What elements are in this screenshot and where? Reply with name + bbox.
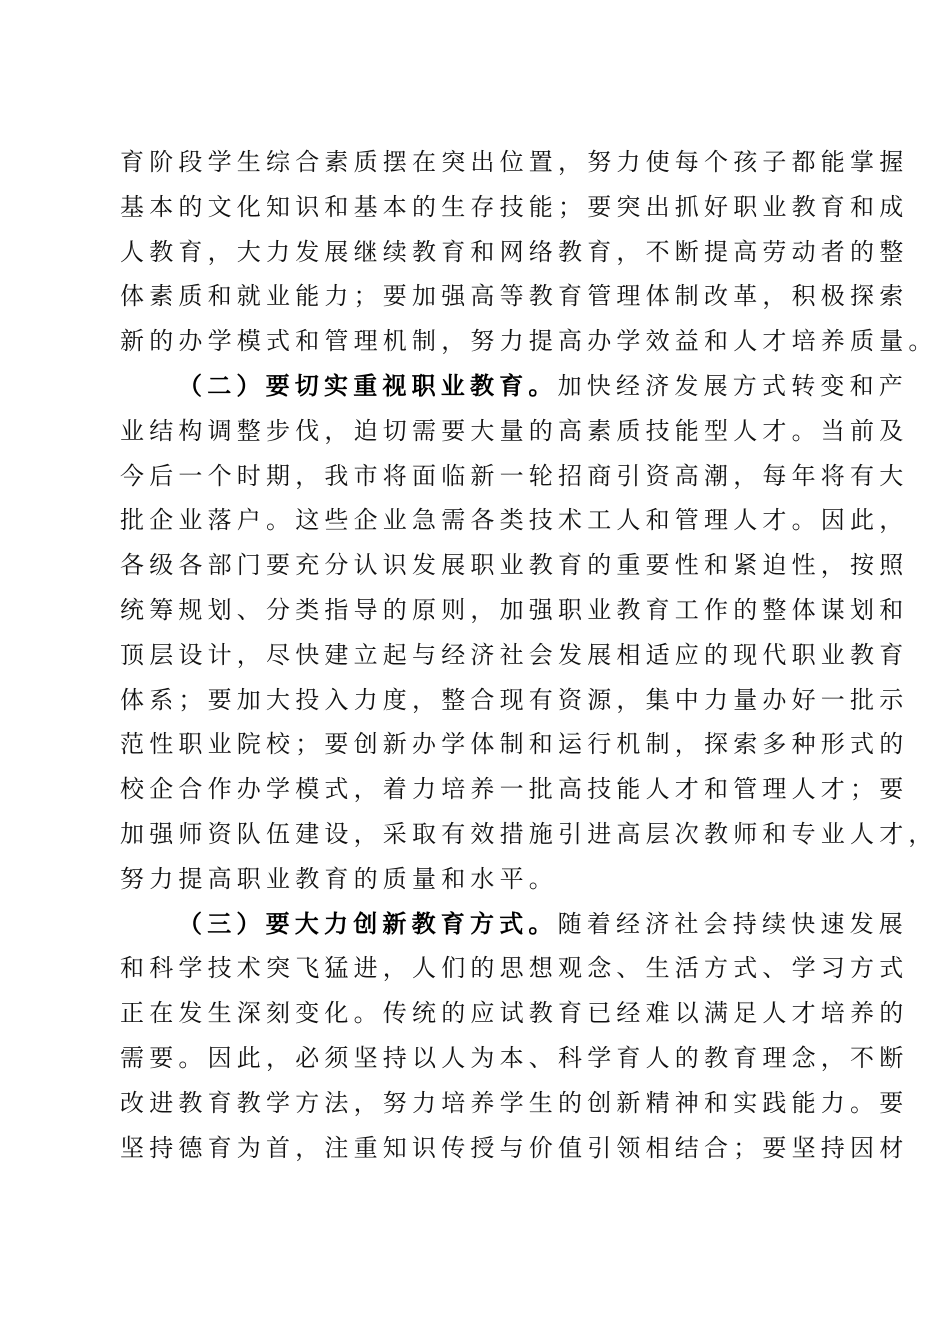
document-body: 育阶段学生综合素质摆在突出位置，努力使每个孩子都能掌握 基本的文化知识和基本的生… <box>120 140 830 1170</box>
paragraph-3: （三）要大力创新教育方式。随着经济社会持续快速发展 和科学技术突飞猛进，人们的思… <box>120 902 830 1171</box>
paragraph-2: （二）要切实重视职业教育。加快经济发展方式转变和产 业结构调整步伐，迫切需要大量… <box>120 364 830 902</box>
text-line: 体素质和就业能力；要加强高等教育管理体制改革，积极探索 <box>120 274 830 319</box>
text-line: 和科学技术突飞猛进，人们的思想观念、生活方式、学习方式 <box>120 946 830 991</box>
text-line: 统筹规划、分类指导的原则，加强职业教育工作的整体谋划和 <box>120 588 830 633</box>
heading-followup-text: 随着经济社会持续快速发展 <box>558 910 908 938</box>
text-line: 体系；要加大投入力度，整合现有资源，集中力量办好一批示 <box>120 678 830 723</box>
text-line-first: （三）要大力创新教育方式。随着经济社会持续快速发展 <box>120 902 830 947</box>
text-line: 育阶段学生综合素质摆在突出位置，努力使每个孩子都能掌握 <box>120 140 830 185</box>
text-line: 业结构调整步伐，迫切需要大量的高素质技能型人才。当前及 <box>120 409 830 454</box>
text-line: 范性职业院校；要创新办学体制和运行机制，探索多种形式的 <box>120 722 830 767</box>
paragraph-1: 育阶段学生综合素质摆在突出位置，努力使每个孩子都能掌握 基本的文化知识和基本的生… <box>120 140 830 364</box>
text-line: 新的办学模式和管理机制，努力提高办学效益和人才培养质量。 <box>120 319 830 364</box>
text-line: 努力提高职业教育的质量和水平。 <box>120 857 830 902</box>
section-heading-2: （二）要切实重视职业教育。 <box>178 371 558 400</box>
text-line: 改进教育教学方法，努力培养学生的创新精神和实践能力。要 <box>120 1081 830 1126</box>
section-heading-3: （三）要大力创新教育方式。 <box>178 909 558 938</box>
text-line: 加强师资队伍建设，采取有效措施引进高层次教师和专业人才， <box>120 812 830 857</box>
text-line: 批企业落户。这些企业急需各类技术工人和管理人才。因此， <box>120 498 830 543</box>
text-line: 校企合作办学模式，着力培养一批高技能人才和管理人才；要 <box>120 767 830 812</box>
text-line: 正在发生深刻变化。传统的应试教育已经难以满足人才培养的 <box>120 991 830 1036</box>
text-line: 需要。因此，必须坚持以人为本、科学育人的教育理念，不断 <box>120 1036 830 1081</box>
heading-followup-text: 加快经济发展方式转变和产 <box>558 372 908 400</box>
text-line: 各级各部门要充分认识发展职业教育的重要性和紧迫性，按照 <box>120 543 830 588</box>
document-page: 育阶段学生综合素质摆在突出位置，努力使每个孩子都能掌握 基本的文化知识和基本的生… <box>0 0 950 1344</box>
text-line: 人教育，大力发展继续教育和网络教育，不断提高劳动者的整 <box>120 230 830 275</box>
text-line: 基本的文化知识和基本的生存技能；要突出抓好职业教育和成 <box>120 185 830 230</box>
text-line: 坚持德育为首，注重知识传授与价值引领相结合；要坚持因材 <box>120 1126 830 1171</box>
text-line: 顶层设计，尽快建立起与经济社会发展相适应的现代职业教育 <box>120 633 830 678</box>
text-line: 今后一个时期，我市将面临新一轮招商引资高潮，每年将有大 <box>120 454 830 499</box>
text-line-first: （二）要切实重视职业教育。加快经济发展方式转变和产 <box>120 364 830 409</box>
